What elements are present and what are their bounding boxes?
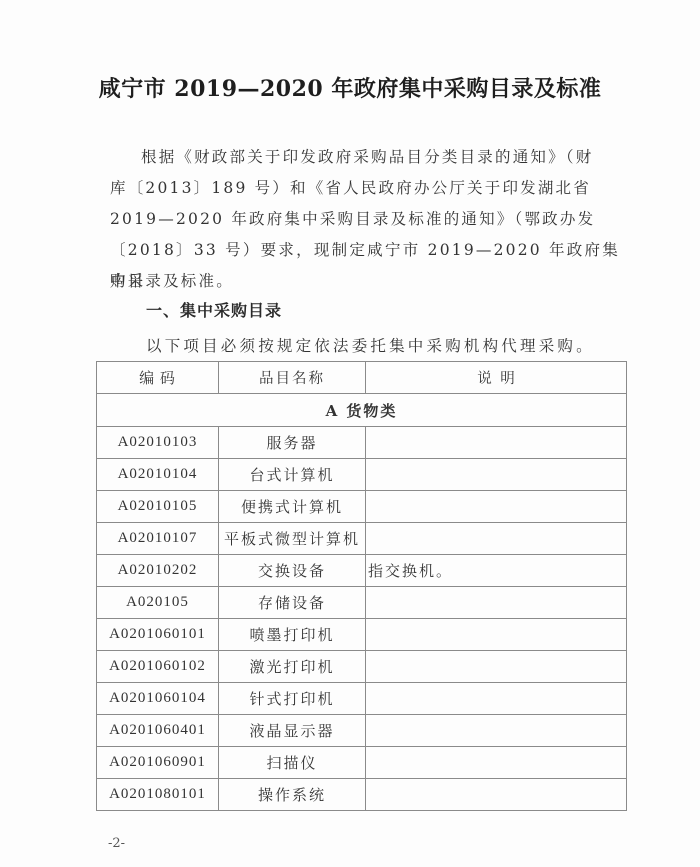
item-note	[366, 587, 627, 619]
item-code: A0201060102	[97, 651, 219, 683]
item-code: A0201060401	[97, 715, 219, 747]
table-row: A0201060901扫描仪	[97, 747, 627, 779]
item-code: A0201060901	[97, 747, 219, 779]
table-row: A0201060102激光打印机	[97, 651, 627, 683]
page-number: -2-	[108, 836, 125, 851]
item-name: 服务器	[219, 427, 366, 459]
header-code: 编 码	[97, 362, 219, 394]
item-code: A02010103	[97, 427, 219, 459]
item-code: A02010202	[97, 555, 219, 587]
table-row: A0201080101操作系统	[97, 779, 627, 811]
item-name: 便携式计算机	[219, 491, 366, 523]
item-name: 平板式微型计算机	[219, 523, 366, 555]
intro-line-5: 购目录及标准。	[110, 266, 620, 297]
table-row: A02010104台式计算机	[97, 459, 627, 491]
table-row: A0201060401液晶显示器	[97, 715, 627, 747]
item-code: A02010105	[97, 491, 219, 523]
item-name: 台式计算机	[219, 459, 366, 491]
item-note	[366, 779, 627, 811]
item-name: 喷墨打印机	[219, 619, 366, 651]
header-name: 品目名称	[219, 362, 366, 394]
document-title: 咸宁市 2019—2020 年政府集中采购目录及标准	[0, 72, 700, 103]
item-note: 指交换机。	[366, 555, 627, 587]
item-note	[366, 747, 627, 779]
table-row: A020105存储设备	[97, 587, 627, 619]
intro-text: 根据《财政部关于印发政府采购品目分类目录的通知》（财	[141, 148, 593, 166]
intro-line-1: 根据《财政部关于印发政府采购品目分类目录的通知》（财	[110, 142, 620, 173]
item-name: 存储设备	[219, 587, 366, 619]
item-name: 扫描仪	[219, 747, 366, 779]
item-note	[366, 427, 627, 459]
item-name: 操作系统	[219, 779, 366, 811]
item-code: A02010104	[97, 459, 219, 491]
table-row: A0201060101喷墨打印机	[97, 619, 627, 651]
item-code: A020105	[97, 587, 219, 619]
category-label: A 货物类	[97, 394, 627, 427]
table-row: A0201060104针式打印机	[97, 683, 627, 715]
item-note	[366, 651, 627, 683]
item-name: 交换设备	[219, 555, 366, 587]
section-heading: 一、集中采购目录	[146, 298, 282, 321]
procurement-table: 编 码 品目名称 说 明 A 货物类 A02010103服务器A02010104…	[96, 361, 627, 811]
item-code: A02010107	[97, 523, 219, 555]
item-note	[366, 683, 627, 715]
category-row: A 货物类	[97, 394, 627, 427]
item-code: A0201080101	[97, 779, 219, 811]
item-code: A0201060104	[97, 683, 219, 715]
table-row: A02010105便携式计算机	[97, 491, 627, 523]
table-row: A02010103服务器	[97, 427, 627, 459]
table-row: A02010107平板式微型计算机	[97, 523, 627, 555]
item-note	[366, 523, 627, 555]
header-note: 说 明	[366, 362, 627, 394]
item-name: 激光打印机	[219, 651, 366, 683]
item-name: 液晶显示器	[219, 715, 366, 747]
intro-line-2: 库〔2013〕189 号）和《省人民政府办公厅关于印发湖北省	[110, 173, 620, 204]
intro-line-3: 2019—2020 年政府集中采购目录及标准的通知》（鄂政办发	[110, 204, 620, 235]
item-note	[366, 491, 627, 523]
item-name: 针式打印机	[219, 683, 366, 715]
item-code: A0201060101	[97, 619, 219, 651]
section-note: 以下项目必须按规定依法委托集中采购机构代理采购。	[146, 334, 595, 356]
table-header-row: 编 码 品目名称 说 明	[97, 362, 627, 394]
table-row: A02010202交换设备指交换机。	[97, 555, 627, 587]
item-note	[366, 459, 627, 491]
item-note	[366, 715, 627, 747]
item-note	[366, 619, 627, 651]
